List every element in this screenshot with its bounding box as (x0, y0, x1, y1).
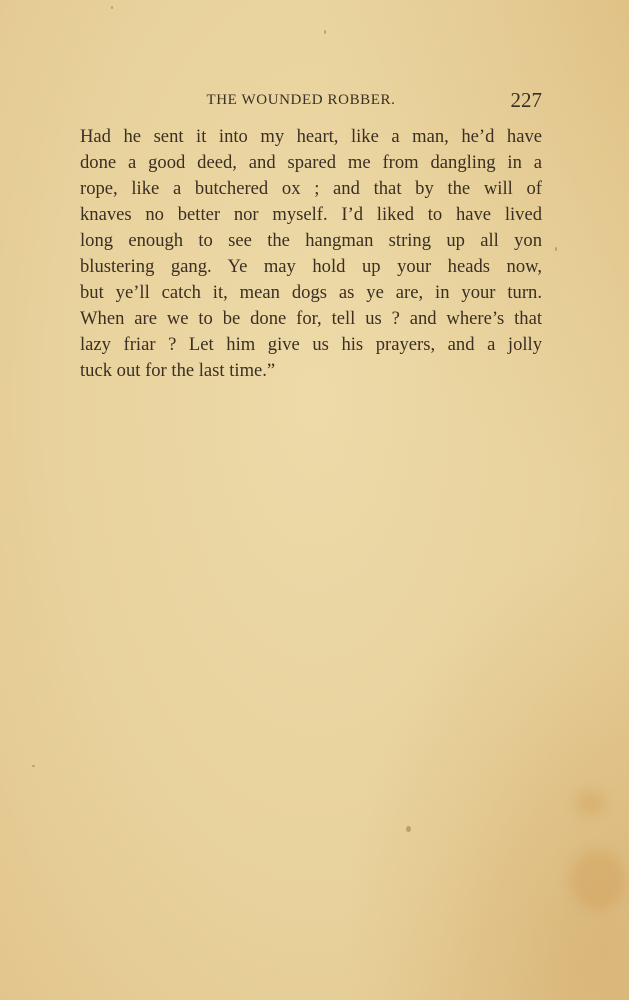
paper-speck (324, 30, 326, 34)
text-line: rope, like a butchered ox ; and that by … (80, 176, 542, 202)
text-line: lazy friar ? Let him give us his prayers… (80, 332, 542, 358)
paper-stain (570, 850, 625, 910)
book-page: THE WOUNDED ROBBER. 227 Had he sent it i… (0, 0, 629, 1000)
running-head: THE WOUNDED ROBBER. 227 (80, 88, 542, 112)
page-number: 227 (511, 88, 543, 113)
paper-stain (575, 790, 605, 815)
text-line: knaves no better nor myself. I’d liked t… (80, 202, 542, 228)
text-line: done a good deed, and spared me from dan… (80, 150, 542, 176)
text-line: but ye’ll catch it, mean dogs as ye are,… (80, 280, 542, 306)
paper-speck (555, 247, 557, 251)
paper-speck (32, 765, 35, 767)
text-line: blustering gang. Ye may hold up your hea… (80, 254, 542, 280)
text-line: When are we to be done for, tell us ? an… (80, 306, 542, 332)
paper-speck (111, 6, 113, 9)
running-title: THE WOUNDED ROBBER. (80, 92, 542, 109)
text-line: Had he sent it into my heart, like a man… (80, 124, 542, 150)
text-line: long enough to see the hangman string up… (80, 228, 542, 254)
text-line: tuck out for the last time.” (80, 358, 542, 384)
body-text: Had he sent it into my heart, like a man… (80, 124, 542, 384)
paper-speck (406, 826, 411, 832)
